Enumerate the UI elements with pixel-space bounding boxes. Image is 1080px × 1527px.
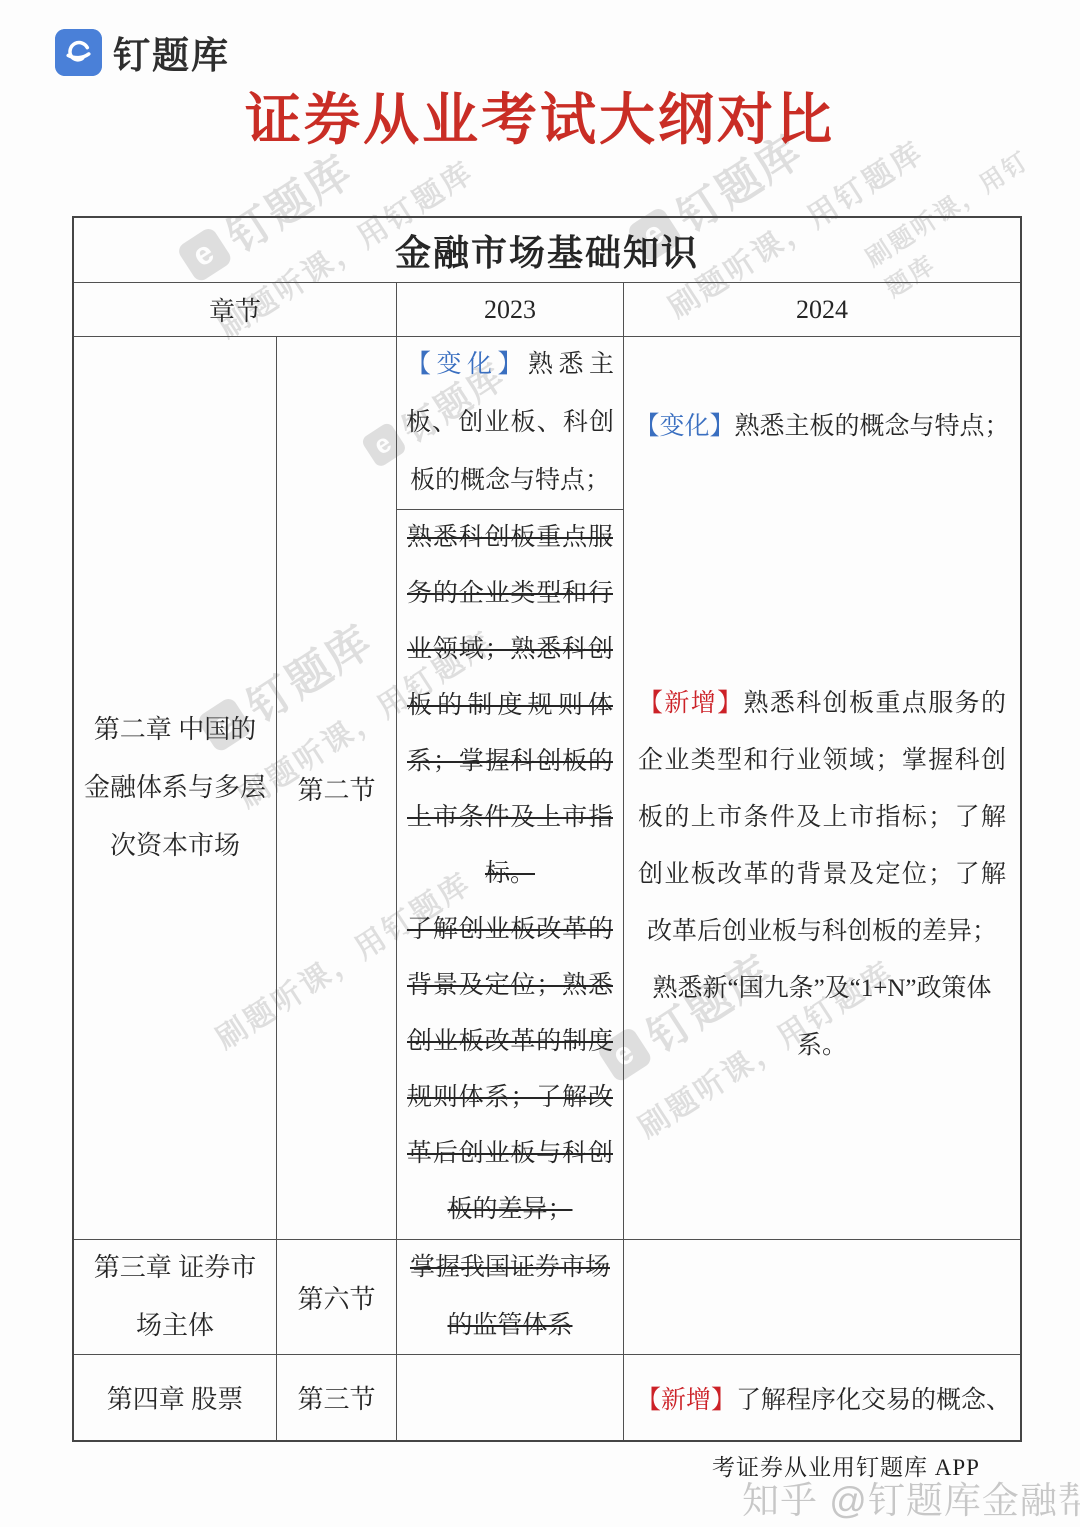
- page-title: 证券从业考试大纲对比: [0, 76, 1080, 156]
- cell-section-3: 第六节: [277, 1240, 397, 1355]
- cell-2024-change: 【变化】熟悉主板的概念与特点；: [624, 337, 1020, 510]
- new-text: 熟悉科创板重点服务的企业类型和行业领域；掌握科创板的上市条件及上市指标；了解创业…: [638, 690, 1006, 945]
- chapter-2-text: 第二章 中国的金融体系与多层次资本市场: [74, 701, 276, 875]
- chapter-3-text: 第三章 证券市场主体: [74, 1239, 276, 1355]
- column-header-chapter: 章节: [74, 283, 397, 337]
- change-tag: 【变化】: [406, 351, 528, 378]
- new-text-2: 熟悉新“国九条”及“1+N”政策体系。: [624, 960, 1020, 1074]
- cell-2023-removed: 熟悉科创板重点服务的企业类型和行业领域；熟悉科创板的制度规则体系；掌握科创板的上…: [397, 510, 624, 1240]
- cell-2024-new-trading: 【新增】了解程序化交易的概念、: [624, 1355, 1020, 1440]
- cell-2023-change: 【变化】熟悉主板、创业板、科创板的概念与特点；: [397, 337, 624, 510]
- change-text: 熟悉主板的概念与特点；: [735, 413, 1010, 440]
- column-header-2023: 2023: [397, 283, 624, 337]
- cell-chapter-2: 第二章 中国的金融体系与多层次资本市场: [74, 337, 277, 1240]
- cell-2023-empty: [397, 1355, 624, 1440]
- removed-text: 掌握我国证券市场的监管体系: [397, 1239, 623, 1355]
- column-header-2024: 2024: [624, 283, 1020, 337]
- brand-header: 钉题库: [55, 25, 230, 79]
- change-tag: 【变化】: [634, 413, 734, 440]
- table-title: 金融市场基础知识: [74, 218, 1020, 283]
- new-tag: 【新增】: [636, 1387, 736, 1414]
- cell-chapter-3: 第三章 证券市场主体: [74, 1240, 277, 1355]
- brand-logo-icon: [55, 29, 102, 76]
- cell-section-2: 第二节: [277, 337, 397, 1240]
- cell-2024-empty: [624, 1240, 1020, 1355]
- cell-section-4: 第三节: [277, 1355, 397, 1440]
- cell-2023-removed-regulation: 掌握我国证券市场的监管体系: [397, 1240, 624, 1355]
- brand-name: 钉题库: [113, 25, 230, 79]
- syllabus-comparison-table: 金融市场基础知识 章节 2023 2024 第二章 中国的金融体系与多层次资本市…: [72, 216, 1022, 1442]
- new-tag: 【新增】: [638, 690, 744, 717]
- removed-paragraph: 了解创业板改革的背景及定位；熟悉创业板改革的制度规则体系；了解改革后创业板与科创…: [397, 902, 623, 1238]
- cell-chapter-4: 第四章 股票: [74, 1355, 277, 1440]
- document-page: 钉题库 刷题听课，用钉题库 钉题库 刷题听课，用钉题库 刷题听课，用钉题库 钉题…: [0, 0, 1080, 1527]
- zhihu-watermark: 知乎 @钉题库金融帮: [742, 1470, 1080, 1524]
- cell-2024-new: 【新增】熟悉科创板重点服务的企业类型和行业领域；掌握科创板的上市条件及上市指标；…: [624, 510, 1020, 1240]
- removed-paragraph: 熟悉科创板重点服务的企业类型和行业领域；熟悉科创板的制度规则体系；掌握科创板的上…: [397, 510, 623, 902]
- new-text: 了解程序化交易的概念、: [736, 1387, 1011, 1414]
